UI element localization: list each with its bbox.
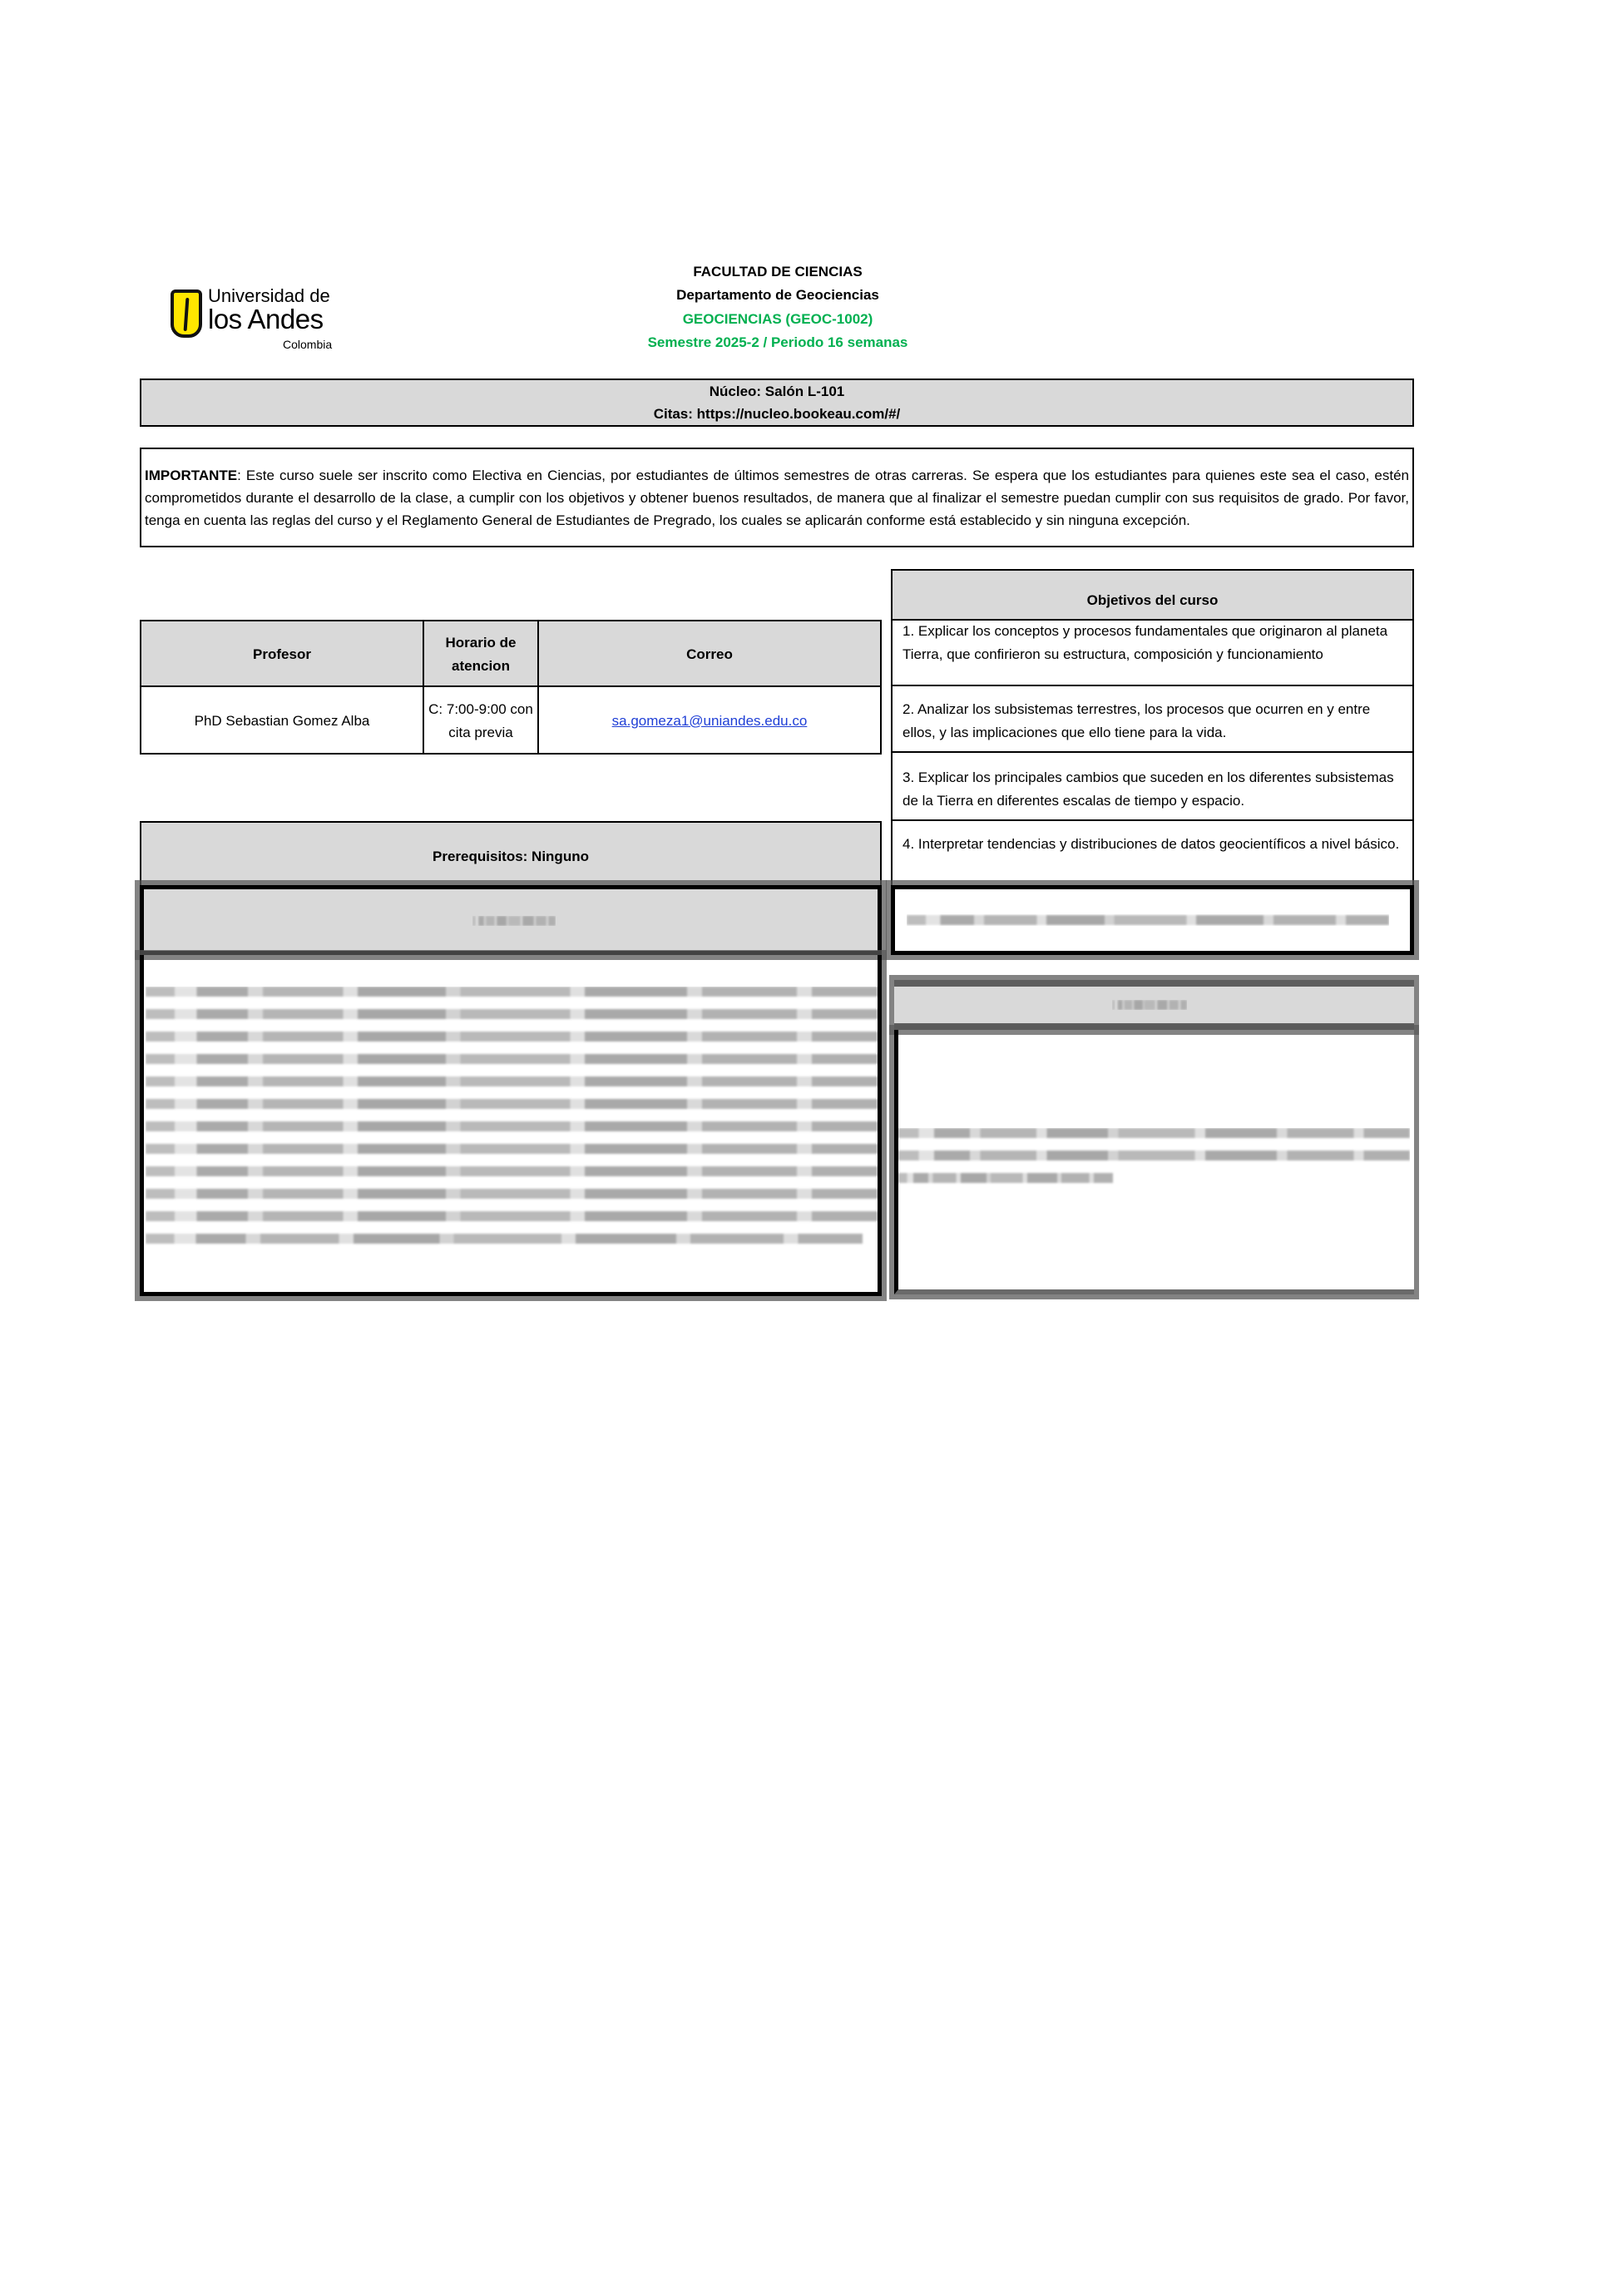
bibliography-body-redacted [894, 1030, 1414, 1294]
bibliography-text-redacted [898, 1128, 1410, 1195]
notice-body: : Este curso suele ser inscrito como Ele… [145, 468, 1409, 528]
objective-item: 3. Explicar los principales cambios que … [893, 753, 1412, 821]
professor-name: PhD Sebastian Gomez Alba [141, 689, 423, 753]
semester-info: Semestre 2025-2 / Periodo 16 semanas [0, 334, 1555, 351]
professor-email-cell: sa.gomeza1@uniandes.edu.co [539, 689, 880, 753]
header-horario: Horario de atencion [428, 621, 533, 687]
methodology-body-redacted [140, 955, 882, 1296]
nucleo-appointments-link[interactable]: Citas: https://nucleo.bookeau.com/#/ [141, 403, 1412, 425]
notice-text: IMPORTANTE: Este curso suele ser inscrit… [145, 464, 1409, 532]
objectives-title: Objetivos del curso [893, 571, 1412, 619]
office-hours: C: 7:00-9:00 con cita previa [428, 689, 533, 753]
methodology-title-redacted [472, 916, 556, 926]
objective-item: 2. Analizar los subsistemas terrestres, … [893, 686, 1412, 753]
bibliography-header [894, 980, 1414, 1030]
header-profesor: Profesor [141, 621, 423, 687]
objectives-list: 1. Explicar los conceptos y procesos fun… [891, 620, 1414, 888]
header-correo: Correo [539, 621, 880, 687]
objective-item: 1. Explicar los conceptos y procesos fun… [893, 620, 1412, 686]
course-title: GEOCIENCIAS (GEOC-1002) [0, 311, 1555, 328]
objective-item-redacted [891, 885, 1414, 955]
nucleo-box: Núcleo: Salón L-101 Citas: https://nucle… [140, 379, 1414, 427]
methodology-header [140, 885, 882, 955]
prerequisites-text: Prerequisitos: Ninguno [141, 823, 880, 886]
professor-table: Profesor Horario de atencion Correo PhD … [140, 620, 882, 755]
department-title: Departamento de Geociencias [0, 287, 1555, 304]
bibliography-title-redacted [1112, 1000, 1187, 1010]
prerequisites-box: Prerequisitos: Ninguno [140, 821, 882, 888]
notice-label: IMPORTANTE [145, 468, 237, 483]
objectives-header: Objetivos del curso [891, 569, 1414, 621]
methodology-text-redacted [146, 987, 878, 1261]
important-notice: IMPORTANTE: Este curso suele ser inscrit… [140, 448, 1414, 547]
faculty-title: FACULTAD DE CIENCIAS [0, 264, 1555, 280]
professor-email-link[interactable]: sa.gomeza1@uniandes.edu.co [612, 710, 808, 733]
nucleo-room: Núcleo: Salón L-101 [141, 380, 1412, 403]
objective-item: 4. Interpretar tendencias y distribucion… [893, 821, 1412, 888]
